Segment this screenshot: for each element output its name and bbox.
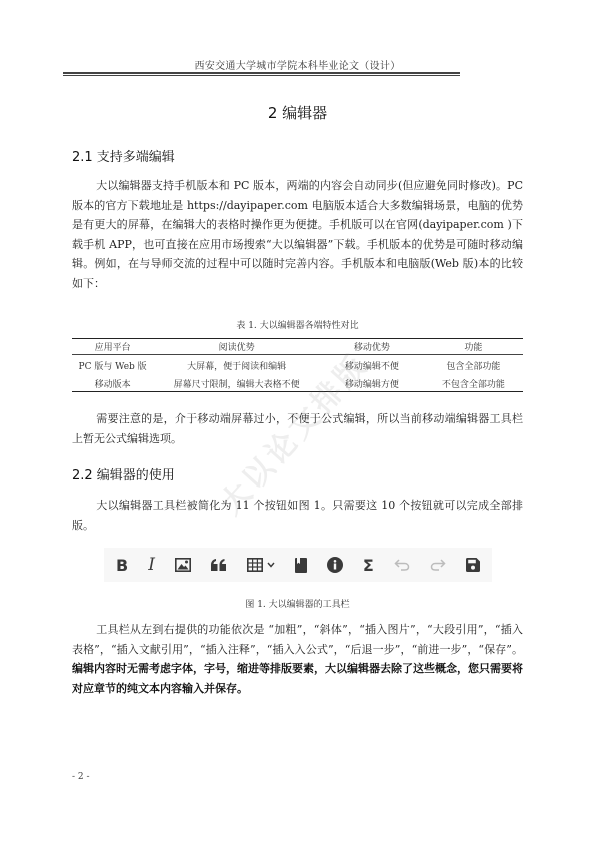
table-cell: 屏幕尺寸限制，编辑大表格不便 (153, 379, 320, 392)
undo-button[interactable] (394, 555, 410, 575)
table-header-row: 应用平台 阅读优势 移动优势 功能 (72, 339, 523, 355)
paragraph-toolbar-intro: 大以编辑器工具栏被简化为 11 个按钮如图 1。只需要这 10 个按钮就可以完成… (72, 496, 523, 535)
table-cell: PC 版与 Web 版 (72, 355, 153, 380)
running-header: 西安交通大学城市学院本科毕业论文（设计） (0, 57, 595, 72)
paragraph-mobile-note: 需要注意的是，介于移动端屏幕过小，不便于公式编辑，所以当前移动端编辑器工具栏上暂… (72, 409, 523, 448)
redo-button[interactable] (430, 555, 446, 575)
paragraph-bold-text: 编辑内容时无需考虑字体，字号，缩进等排版要素，大以编辑器去除了这些概念，您只需要… (72, 662, 523, 695)
insert-table-button[interactable] (247, 555, 275, 575)
image-icon (175, 558, 191, 572)
header-rule (63, 72, 460, 76)
citation-button[interactable] (295, 555, 307, 575)
column-header: 应用平台 (72, 339, 153, 355)
chevron-down-icon (267, 562, 275, 568)
italic-button[interactable]: I (148, 555, 155, 575)
table-cell: 移动编辑不便 (320, 355, 424, 380)
page-number: - 2 - (72, 772, 90, 782)
paragraph-text: 工具栏从左到右提供的功能依次是 “加粗”，“斜体”，“插入图片”，“大段引用”，… (72, 623, 523, 656)
paragraph-text: 大以编辑器工具栏被简化为 11 个按钮如图 1。只需要这 10 个按钮就可以完成… (72, 499, 523, 532)
table-caption: 表 1. 大以编辑器各端特性对比 (0, 318, 595, 331)
sigma-icon: Σ (363, 556, 374, 575)
chapter-title: 2 编辑器 (0, 102, 595, 123)
quote-icon (211, 559, 227, 571)
column-header: 阅读优势 (153, 339, 320, 355)
save-icon (466, 558, 480, 572)
undo-icon (394, 559, 410, 571)
paragraph-text: 大以编辑器支持手机版本和 PC 版本，两端的内容会自动同步(但应避免同时修改)。… (72, 179, 523, 290)
redo-icon (430, 559, 446, 571)
footnote-button[interactable] (327, 555, 343, 575)
save-button[interactable] (466, 555, 480, 575)
table-row: 移动版本 屏幕尺寸限制，编辑大表格不便 移动编辑方便 不包含全部功能 (72, 379, 523, 392)
paragraph-toolbar-functions: 工具栏从左到右提供的功能依次是 “加粗”，“斜体”，“插入图片”，“大段引用”，… (72, 620, 523, 698)
table-cell: 包含全部功能 (424, 355, 523, 380)
editor-toolbar-figure: B I (104, 548, 492, 582)
table-cell: 大屏幕，便于阅读和编辑 (153, 355, 320, 380)
comparison-table: 应用平台 阅读优势 移动优势 功能 PC 版与 Web 版 大屏幕，便于阅读和编… (72, 338, 523, 392)
section-title-2-2: 2.2 编辑器的使用 (72, 464, 175, 483)
section-title-2-1: 2.1 支持多端编辑 (72, 146, 175, 165)
paragraph-text: 需要注意的是，介于移动端屏幕过小，不便于公式编辑，所以当前移动端编辑器工具栏上暂… (72, 412, 523, 445)
column-header: 功能 (424, 339, 523, 355)
paragraph-multi-platform: 大以编辑器支持手机版本和 PC 版本，两端的内容会自动同步(但应避免同时修改)。… (72, 176, 523, 293)
table-cell: 不包含全部功能 (424, 379, 523, 392)
column-header: 移动优势 (320, 339, 424, 355)
table-cell: 移动版本 (72, 379, 153, 392)
block-quote-button[interactable] (211, 555, 227, 575)
insert-image-button[interactable] (175, 555, 191, 575)
figure-caption: 图 1. 大以编辑器的工具栏 (0, 597, 595, 610)
bookmark-icon (295, 558, 307, 573)
formula-button[interactable]: Σ (363, 555, 374, 575)
bold-icon: B (116, 556, 128, 575)
bold-button[interactable]: B (116, 555, 128, 575)
info-icon (327, 557, 343, 573)
table-icon (247, 558, 263, 572)
table-row: PC 版与 Web 版 大屏幕，便于阅读和编辑 移动编辑不便 包含全部功能 (72, 355, 523, 380)
table-cell: 移动编辑方便 (320, 379, 424, 392)
italic-icon: I (148, 555, 155, 575)
